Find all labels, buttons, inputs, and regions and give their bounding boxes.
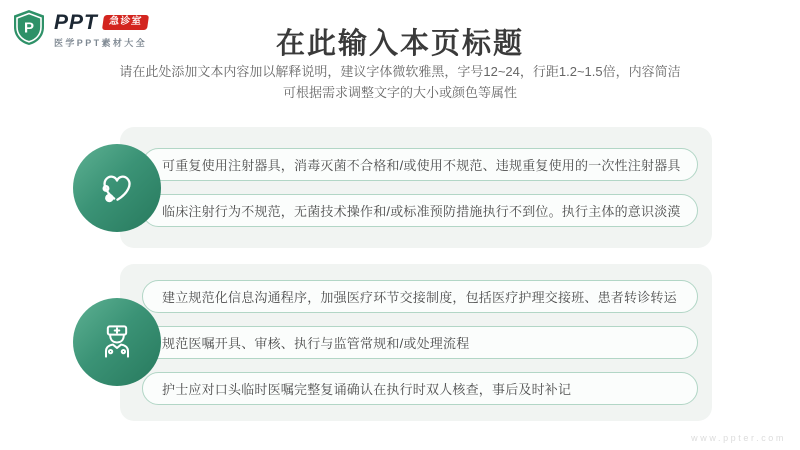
- group-1-circle: [73, 144, 161, 232]
- list-item: 护士应对口头临时医嘱完整复诵确认在执行时双人核查，事后及时补记: [142, 372, 698, 405]
- nurse-icon: [95, 320, 139, 364]
- stethoscope-heart-icon: [94, 165, 140, 211]
- list-item: 可重复使用注射器具，消毒灭菌不合格和/或使用不规范、违规重复使用的一次性注射器具: [142, 148, 698, 181]
- content-card-1: 可重复使用注射器具，消毒灭菌不合格和/或使用不规范、违规重复使用的一次性注射器具…: [120, 127, 712, 248]
- group-2-circle: [73, 298, 161, 386]
- list-item: 规范医嘱开具、审核、执行与监管常规和/或处理流程: [142, 326, 698, 359]
- subtitle-line-2: 可根据需求调整文字的大小或颜色等属性: [0, 82, 800, 103]
- list-item: 建立规范化信息沟通程序，加强医疗环节交接制度，包括医疗护理交接班、患者转诊转运: [142, 280, 698, 313]
- list-item: 临床注射行为不规范，无菌技术操作和/或标准预防措施执行不到位。执行主体的意识淡漠: [142, 194, 698, 227]
- watermark: www.ppter.com: [691, 433, 786, 443]
- page-subtitle: 请在此处添加文本内容加以解释说明，建议字体微软雅黑，字号12~24，行距1.2~…: [0, 61, 800, 103]
- content-card-2: 建立规范化信息沟通程序，加强医疗环节交接制度，包括医疗护理交接班、患者转诊转运 …: [120, 264, 712, 421]
- subtitle-line-1: 请在此处添加文本内容加以解释说明，建议字体微软雅黑，字号12~24，行距1.2~…: [0, 61, 800, 82]
- slide: P PPT 急诊室 医学PPT素材大全 在此输入本页标题 请在此处添加文本内容加…: [0, 0, 800, 450]
- page-title: 在此输入本页标题: [0, 21, 800, 62]
